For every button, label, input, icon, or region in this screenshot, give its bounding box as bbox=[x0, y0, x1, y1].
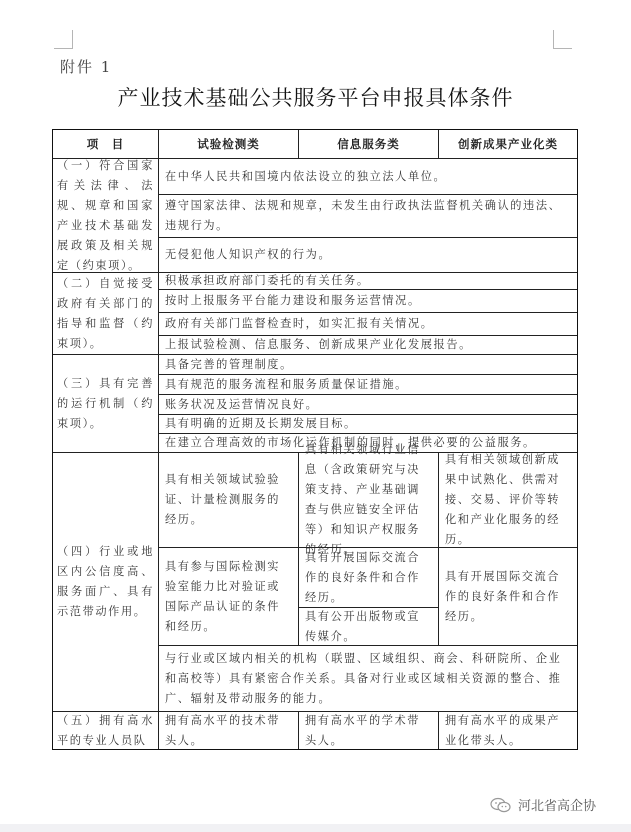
info-condition: 具有相关领域行业信息（含政策研究与决策支持、产业基础调查与供应链安全评估等）和知… bbox=[298, 452, 438, 547]
condition-row: 上报试验检测、信息服务、创新成果产业化发展报告。 bbox=[158, 335, 577, 354]
info-condition: 拥有高水平的学术带头人。 bbox=[298, 711, 438, 749]
category-3: （三）具有完善的运行机制（约束项）。 bbox=[53, 354, 158, 452]
category-4-text: （四）行业或地区内公信度高、服务面广、具有示范带动作用。 bbox=[57, 542, 154, 622]
category-3-text: （三）具有完善的运行机制（约束项）。 bbox=[57, 374, 154, 434]
watermark: 河北省高企协 bbox=[490, 795, 596, 814]
info-condition: 具有公开出版物或宣传媒介。 bbox=[298, 607, 438, 645]
footer-bar bbox=[0, 824, 631, 832]
category-1-text: （一）符合国家有关法律、法规、规章和国家产业技术基础发展政策及相关规定（约束项）… bbox=[57, 156, 154, 276]
category-1: （一）符合国家有关法律、法规、规章和国家产业技术基础发展政策及相关规定（约束项）… bbox=[53, 158, 158, 272]
condition-row: 与行业或区域内相关的机构（联盟、区域组织、商会、科研院所、企业和高校等）具有紧密… bbox=[158, 645, 577, 711]
innovation-condition: 拥有高水平的成果产业化带头人。 bbox=[438, 711, 577, 749]
info-condition: 具有开展国际交流合作的良好条件和合作经历。 bbox=[298, 547, 438, 607]
condition-row: 遵守国家法律、法规和规章，未发生由行政执法监督机关确认的违法、违规行为。 bbox=[158, 194, 577, 237]
condition-row: 具有规范的服务流程和服务质量保证措施。 bbox=[158, 374, 577, 394]
condition-row: 无侵犯他人知识产权的行为。 bbox=[158, 237, 577, 272]
condition-row: 具备完善的管理制度。 bbox=[158, 354, 577, 374]
watermark-text: 河北省高企协 bbox=[518, 795, 596, 814]
condition-row: 按时上报服务平台能力建设和服务运营情况。 bbox=[158, 289, 577, 312]
header-innovation: 创新成果产业化类 bbox=[438, 130, 577, 158]
category-4: （四）行业或地区内公信度高、服务面广、具有示范带动作用。 bbox=[53, 452, 158, 711]
attachment-label: 附件 1 bbox=[60, 56, 112, 77]
header-testing: 试验检测类 bbox=[158, 130, 298, 158]
category-2-text: （二）自觉接受政府有关部门的指导和监督（约束项）。 bbox=[57, 274, 154, 354]
document-title: 产业技术基础公共服务平台申报具体条件 bbox=[0, 82, 631, 112]
innovation-condition: 具有相关领域创新成果中试熟化、供需对接、交易、评价等转化和产业化服务的经历。 bbox=[438, 452, 577, 547]
condition-row: 账务状况及运营情况良好。 bbox=[158, 394, 577, 414]
condition-row: 具有明确的近期及长期发展目标。 bbox=[158, 414, 577, 433]
page-corner-mark-right bbox=[553, 30, 572, 49]
testing-condition: 具有相关领域试验验证、计量检测服务的经历。 bbox=[158, 452, 298, 547]
header-info: 信息服务类 bbox=[298, 130, 438, 158]
category-2: （二）自觉接受政府有关部门的指导和监督（约束项）。 bbox=[53, 272, 158, 354]
condition-row: 在中华人民共和国境内依法设立的独立法人单位。 bbox=[158, 158, 577, 194]
innovation-condition: 具有开展国际交流合作的良好条件和合作经历。 bbox=[438, 547, 577, 645]
page-corner-mark-left bbox=[54, 30, 73, 49]
condition-row: 积极承担政府部门委托的有关任务。 bbox=[158, 272, 577, 289]
category-5-text: （五）拥有高水平的专业人员队 bbox=[57, 711, 154, 751]
conditions-table: 项 目 试验检测类 信息服务类 创新成果产业化类 （一）符合国家有关法律、法规、… bbox=[52, 129, 578, 750]
condition-row: 政府有关部门监督检查时，如实汇报有关情况。 bbox=[158, 312, 577, 335]
header-item: 项 目 bbox=[53, 130, 158, 158]
wechat-icon bbox=[490, 797, 512, 813]
testing-condition: 拥有高水平的技术带头人。 bbox=[158, 711, 298, 749]
category-5: （五）拥有高水平的专业人员队 bbox=[53, 711, 158, 749]
testing-condition: 具有参与国际检测实验室能力比对验证或国际产品认证的条件和经历。 bbox=[158, 547, 298, 645]
